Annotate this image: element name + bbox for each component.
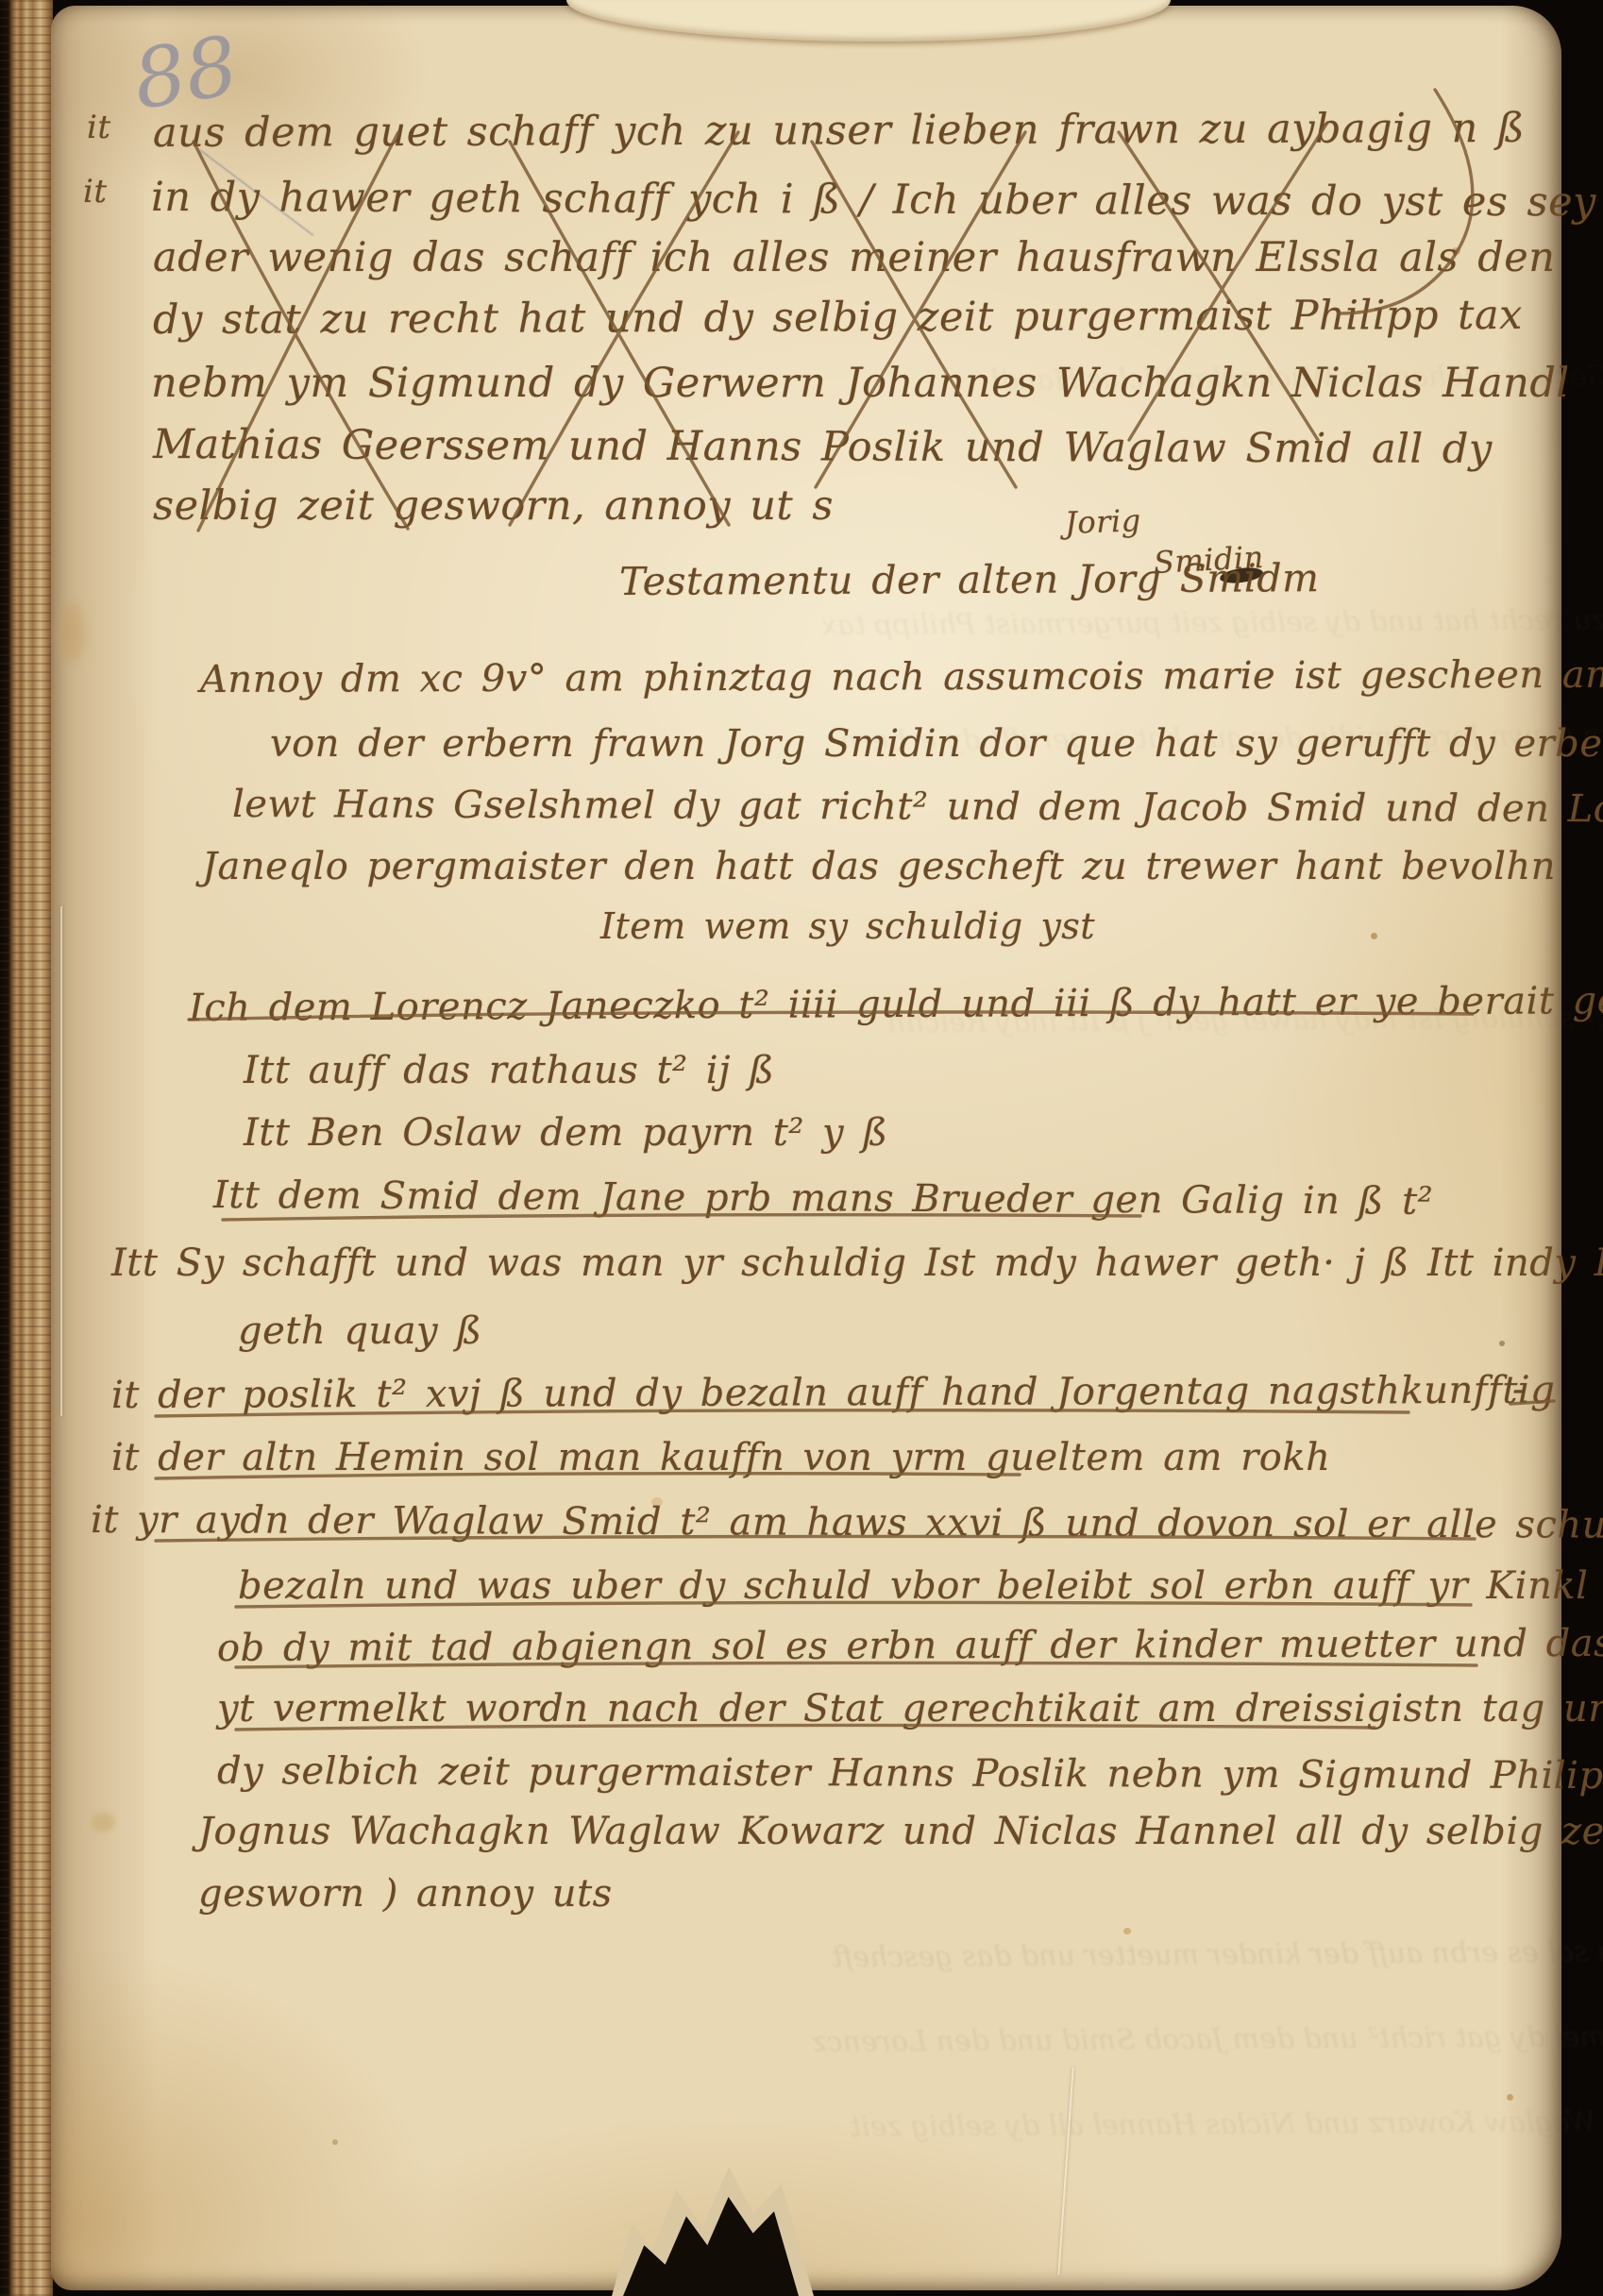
manuscript-line: von der erbern frawn Jorg Smidin dor que… xyxy=(270,725,1603,763)
manuscript-line: ader wenig das schaff ich alles meiner h… xyxy=(153,238,1555,279)
foxing-spot xyxy=(1499,1341,1505,1346)
foxing-spot xyxy=(1507,2094,1513,2101)
manuscript-line: lewt Hans Gselshmel dy gat richt² und de… xyxy=(232,785,1603,829)
list-item: bezaln und was uber dy schuld vbor belei… xyxy=(238,1567,1603,1605)
list-item: Itt dem Smid dem Jane prb mans Brueder g… xyxy=(213,1176,1433,1221)
manuscript-line: Annoy dm xc 9v° am phinztag nach assumco… xyxy=(200,655,1603,699)
book-binding-edge xyxy=(0,0,53,2296)
manuscript-line: selbig zeit gesworn, annoy ut s xyxy=(153,486,834,527)
list-item: Jognus Wachagkn Waglaw Kowarz und Niclas… xyxy=(198,1813,1603,1850)
list-item: dy selbich zeit purgermaister Hanns Posl… xyxy=(217,1752,1603,1796)
bleedthrough-text: ob dy mit tad abgiengn sol es erbn auff … xyxy=(831,1933,1603,1974)
list-item: Ich dem Lorencz Janeczko t² iiii guld un… xyxy=(189,982,1603,1027)
list-item: Itt auff das rathaus t² ij ß xyxy=(244,1052,774,1089)
manuscript-line: Mathias Geerssem und Hanns Poslik und Wa… xyxy=(153,425,1493,470)
marginal-mark: it xyxy=(83,176,108,208)
manuscript-line: in dy hawer geth schaff ych i ß / Ich ub… xyxy=(151,177,1603,224)
stain xyxy=(57,604,85,661)
foxing-spot xyxy=(332,2139,338,2145)
section-heading: Testamentu der alten Jorg Smidm xyxy=(619,559,1320,601)
foxing-spot xyxy=(1371,933,1377,939)
manuscript-line: dy stat zu recht hat und dy selbig zeit … xyxy=(153,295,1523,341)
manuscript-line: nebm ym Sigmund dy Gerwern Johannes Wach… xyxy=(151,363,1570,404)
list-item: it yr aydn der Waglaw Smid t² am haws xx… xyxy=(91,1501,1603,1545)
list-item: gesworn ) annoy uts xyxy=(198,1875,613,1913)
bleedthrough-text: dy stat zu recht hat und dy selbig zeit … xyxy=(821,603,1603,643)
foxing-spot xyxy=(1123,1928,1131,1934)
bleedthrough-text: lewt Hans Gselshmel dy gat richt² und de… xyxy=(812,2018,1603,2059)
list-item: it der poslik t² xvj ß und dy bezaln auf… xyxy=(111,1372,1555,1414)
stain xyxy=(91,1813,115,1832)
margin-dash: - xyxy=(1512,1371,1526,1409)
list-item: yt vermelkt wordn nach der Stat gerechti… xyxy=(217,1690,1603,1728)
list-item: Itt Sy schafft und was man yr schuldig I… xyxy=(111,1244,1603,1282)
paper-crack xyxy=(60,906,62,1416)
manuscript-line: aus dem guet schaff ych zu unser lieben … xyxy=(153,109,1525,154)
manuscript-scan: 88 nebm ym Sigmund dy Gerwern Johannes W… xyxy=(0,0,1603,2296)
manuscript-line: Janeqlo pergmaister den hatt das geschef… xyxy=(202,848,1556,886)
bleedthrough-text: Jognus Wachagkn Waglaw Kowarz und Niclas… xyxy=(850,2103,1603,2143)
list-item: geth quay ß xyxy=(238,1312,482,1350)
list-item: ob dy mit tad abgiengn sol es erbn auff … xyxy=(217,1624,1603,1667)
marginal-mark: it xyxy=(87,111,111,143)
list-item: it der altn Hemin sol man kauffn von yrm… xyxy=(111,1439,1330,1477)
list-item: Itt Ben Oslaw dem payrn t² y ß xyxy=(244,1114,888,1152)
list-subheading: Item wem sy schuldig yst xyxy=(600,908,1095,944)
interlinear-correction: Jorig xyxy=(1064,505,1141,538)
